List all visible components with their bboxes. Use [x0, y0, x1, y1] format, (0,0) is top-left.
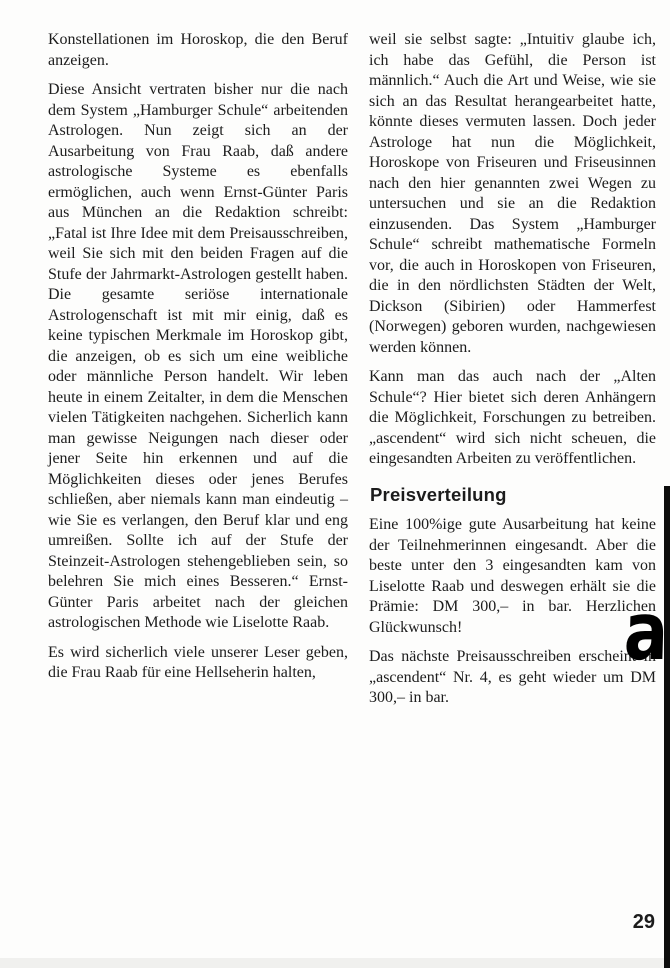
- text-column-left: Konstellationen im Horoskop, die den Ber…: [48, 30, 348, 718]
- paragraph: Kann man das auch nach der „Alten Schule…: [369, 367, 656, 470]
- page-bottom-edge: [0, 958, 670, 968]
- spine-bar: [664, 486, 670, 968]
- page-number: 29: [633, 909, 655, 935]
- paragraph: Konstellationen im Horoskop, die den Ber…: [48, 30, 348, 71]
- paragraph: Das nächste Preisausschreiben erscheint …: [369, 647, 656, 709]
- text-column-right: weil sie selbst sagte: „Intuitiv glaube …: [369, 30, 656, 718]
- section-heading-preisverteilung: Preisverteilung: [370, 485, 656, 506]
- ascendent-logo-a-icon: a: [623, 592, 666, 672]
- paragraph: Es wird sicherlich viele unserer Leser g…: [48, 643, 348, 684]
- paragraph: weil sie selbst sagte: „Intuitiv glaube …: [369, 30, 656, 358]
- paragraph: Eine 100%ige gute Ausarbeitung hat keine…: [369, 515, 656, 638]
- two-column-text-block: Konstellationen im Horoskop, die den Ber…: [48, 30, 656, 718]
- page: Konstellationen im Horoskop, die den Ber…: [0, 0, 670, 968]
- paragraph: Diese Ansicht vertraten bisher nur die n…: [48, 80, 348, 634]
